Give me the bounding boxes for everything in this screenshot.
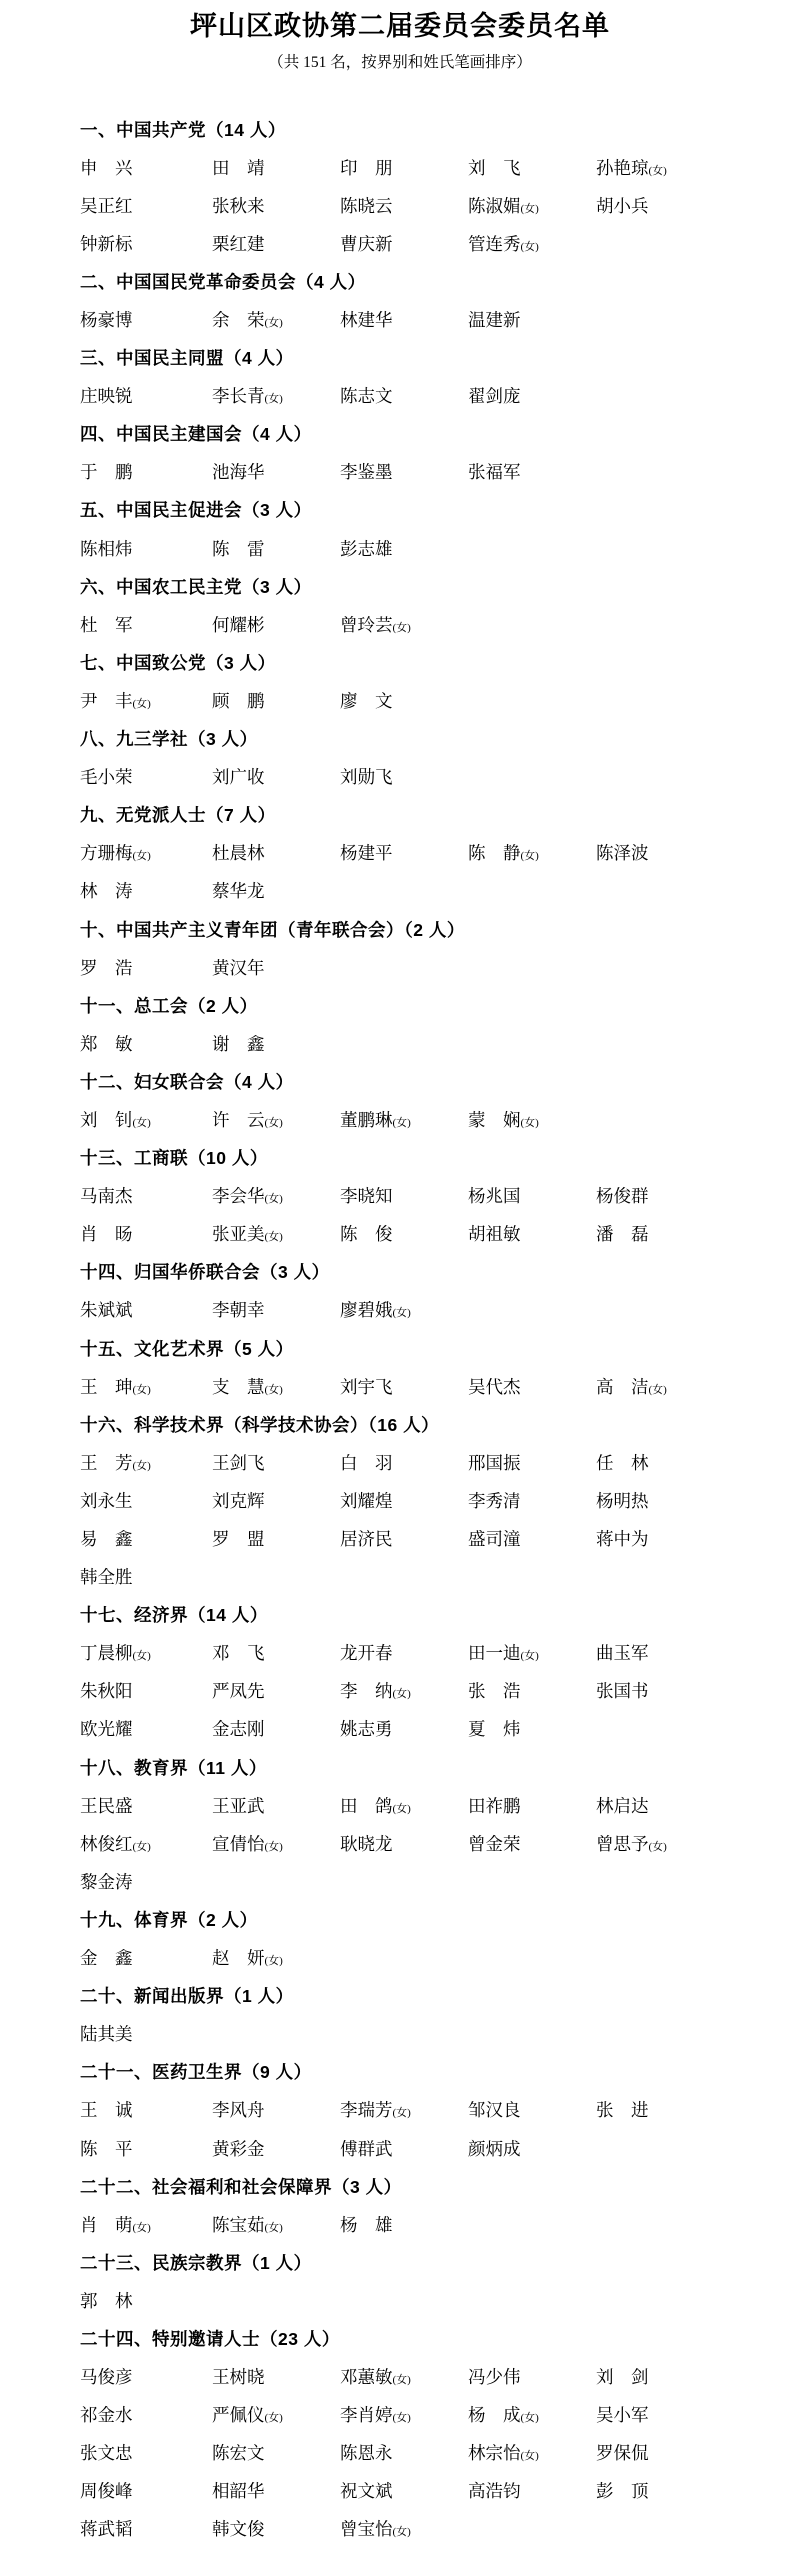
member-row: 王 芳(女)王剑飞白 羽邢国振任 林 — [80, 1443, 760, 1481]
member-list: 一、中国共产党（14 人）申 兴田 靖印 朋刘 飞孙艳琼(女)吴正红张秋来陈晓云… — [80, 110, 760, 2548]
member-name: 李肖婷(女) — [340, 2402, 468, 2427]
member-name: 余 荣(女) — [212, 307, 340, 332]
member-name: 田祚鹏 — [468, 1793, 596, 1818]
member-name: 颜炳成 — [468, 2136, 596, 2161]
member-name: 张文忠 — [80, 2440, 212, 2465]
female-marker: (女) — [265, 1955, 283, 1967]
member-name: 刘宇飞 — [340, 1374, 468, 1399]
member-name: 杜 军 — [80, 612, 212, 637]
member-name: 王树晓 — [212, 2364, 340, 2389]
member-row: 金 鑫赵 妍(女) — [80, 1939, 760, 1977]
member-name: 林建华 — [340, 307, 468, 332]
member-name: 周俊峰 — [80, 2478, 212, 2503]
female-marker: (女) — [265, 1231, 283, 1243]
female-marker: (女) — [265, 1384, 283, 1396]
female-marker: (女) — [393, 1803, 411, 1815]
member-name: 胡祖敏 — [468, 1221, 596, 1246]
member-name: 杨 成(女) — [468, 2402, 596, 2427]
member-name: 姚志勇 — [340, 1716, 468, 1741]
member-name: 张国书 — [596, 1678, 760, 1703]
member-name: 曾玲芸(女) — [340, 612, 468, 637]
member-name: 彭 顶 — [596, 2478, 760, 2503]
female-marker: (女) — [521, 2412, 539, 2424]
member-name: 陈 俊 — [340, 1221, 468, 1246]
member-name: 罗 盟 — [212, 1526, 340, 1551]
member-name: 李 纳(女) — [340, 1678, 468, 1703]
section-heading: 八、九三学社（3 人） — [80, 720, 760, 758]
female-marker: (女) — [133, 1650, 151, 1662]
member-name: 吴正红 — [80, 193, 212, 218]
member-name: 杜晨林 — [212, 840, 340, 865]
member-name: 印 朋 — [340, 155, 468, 180]
member-row: 王 珅(女)支 慧(女)刘宇飞吴代杰高 洁(女) — [80, 1367, 760, 1405]
member-name: 易 鑫 — [80, 1526, 212, 1551]
member-name: 温建新 — [468, 307, 596, 332]
member-name: 王 芳(女) — [80, 1450, 212, 1475]
female-marker: (女) — [265, 393, 283, 405]
member-name: 杨豪博 — [80, 307, 212, 332]
member-name: 朱斌斌 — [80, 1297, 212, 1322]
female-marker: (女) — [521, 850, 539, 862]
member-name: 陈宝茹(女) — [212, 2212, 340, 2237]
female-marker: (女) — [265, 1117, 283, 1129]
member-row: 陈相炜陈 雷彭志雄 — [80, 529, 760, 567]
member-name: 杨建平 — [340, 840, 468, 865]
member-name: 林启达 — [596, 1793, 760, 1818]
member-name: 肖 旸 — [80, 1221, 212, 1246]
page-title: 坪山区政协第二届委员会委员名单 — [0, 8, 800, 44]
member-name: 池海华 — [212, 459, 340, 484]
member-name: 王剑飞 — [212, 1450, 340, 1475]
member-name: 陈淑媚(女) — [468, 193, 596, 218]
member-name: 冯少伟 — [468, 2364, 596, 2389]
female-marker: (女) — [265, 2412, 283, 2424]
member-row: 王 诚李风舟李瑞芳(女)邹汉良张 进 — [80, 2091, 760, 2129]
section-heading: 二十一、医药卫生界（9 人） — [80, 2053, 760, 2091]
female-marker: (女) — [133, 1384, 151, 1396]
member-name: 黄汉年 — [212, 955, 340, 980]
member-name: 白 羽 — [340, 1450, 468, 1475]
member-name: 黄彩金 — [212, 2136, 340, 2161]
member-name: 刘克辉 — [212, 1488, 340, 1513]
member-row: 申 兴田 靖印 朋刘 飞孙艳琼(女) — [80, 148, 760, 186]
member-name: 陆其美 — [80, 2021, 212, 2046]
member-name: 林 涛 — [80, 878, 212, 903]
member-name: 刘 钊(女) — [80, 1107, 212, 1132]
member-name: 蒋武韬 — [80, 2516, 212, 2541]
section-heading: 三、中国民主同盟（4 人） — [80, 339, 760, 377]
member-name: 张 进 — [596, 2097, 760, 2122]
member-name: 李鉴墨 — [340, 459, 468, 484]
member-name: 李风舟 — [212, 2097, 340, 2122]
member-name: 廖 文 — [340, 688, 468, 713]
member-name: 罗保侃 — [596, 2440, 760, 2465]
member-row: 尹 丰(女)顾 鹏廖 文 — [80, 681, 760, 719]
member-name: 任 林 — [596, 1450, 760, 1475]
member-name: 陈 平 — [80, 2136, 212, 2161]
female-marker: (女) — [265, 2222, 283, 2234]
member-name: 祝文斌 — [340, 2478, 468, 2503]
section-heading: 十三、工商联（10 人） — [80, 1139, 760, 1177]
member-name: 胡小兵 — [596, 193, 760, 218]
female-marker: (女) — [393, 2412, 411, 2424]
member-row: 马南杰李会华(女)李晓知杨兆国杨俊群 — [80, 1177, 760, 1215]
member-name: 赵 妍(女) — [212, 1945, 340, 1970]
member-name: 陈泽波 — [596, 840, 760, 865]
section-heading: 九、无党派人士（7 人） — [80, 796, 760, 834]
member-name: 金 鑫 — [80, 1945, 212, 1970]
member-name: 陈相炜 — [80, 536, 212, 561]
member-row: 周俊峰相韶华祝文斌高浩钧彭 顶 — [80, 2472, 760, 2510]
member-row: 张文忠陈宏文陈恩永林宗怡(女)罗保侃 — [80, 2434, 760, 2472]
female-marker: (女) — [393, 2107, 411, 2119]
member-name: 田 鸽(女) — [340, 1793, 468, 1818]
member-row: 欧光耀金志刚姚志勇夏 炜 — [80, 1710, 760, 1748]
section-heading: 十九、体育界（2 人） — [80, 1900, 760, 1938]
member-name: 顾 鹏 — [212, 688, 340, 713]
member-name: 方珊梅(女) — [80, 840, 212, 865]
member-name: 李晓知 — [340, 1183, 468, 1208]
section-heading: 七、中国致公党（3 人） — [80, 643, 760, 681]
member-row: 易 鑫罗 盟居济民盛司潼蒋中为 — [80, 1519, 760, 1557]
member-name: 严凤先 — [212, 1678, 340, 1703]
member-name: 钟新标 — [80, 231, 212, 256]
female-marker: (女) — [393, 622, 411, 634]
member-row: 祁金水严佩仪(女)李肖婷(女)杨 成(女)吴小军 — [80, 2396, 760, 2434]
member-name: 李朝幸 — [212, 1297, 340, 1322]
member-name: 庄映锐 — [80, 383, 212, 408]
female-marker: (女) — [133, 850, 151, 862]
member-row: 郑 敏谢 鑫 — [80, 1024, 760, 1062]
female-marker: (女) — [393, 1688, 411, 1700]
female-marker: (女) — [649, 1841, 667, 1853]
member-name: 马南杰 — [80, 1183, 212, 1208]
member-row: 朱秋阳严凤先李 纳(女)张 浩张国书 — [80, 1672, 760, 1710]
member-name: 张福军 — [468, 459, 596, 484]
member-row: 刘 钊(女)许 云(女)董鹏琳(女)蒙 娴(女) — [80, 1100, 760, 1138]
member-name: 韩全胜 — [80, 1564, 212, 1589]
member-name: 田 靖 — [212, 155, 340, 180]
member-name: 李瑞芳(女) — [340, 2097, 468, 2122]
female-marker: (女) — [265, 317, 283, 329]
member-name: 盛司潼 — [468, 1526, 596, 1551]
member-name: 相韶华 — [212, 2478, 340, 2503]
female-marker: (女) — [133, 1841, 151, 1853]
member-name: 居济民 — [340, 1526, 468, 1551]
member-name: 蒋中为 — [596, 1526, 760, 1551]
female-marker: (女) — [521, 1650, 539, 1662]
member-row: 杜 军何耀彬曾玲芸(女) — [80, 605, 760, 643]
member-name: 王 珅(女) — [80, 1374, 212, 1399]
section-heading: 十六、科学技术界（科学技术协会）（16 人） — [80, 1405, 760, 1443]
member-row: 罗 浩黄汉年 — [80, 948, 760, 986]
member-name: 王民盛 — [80, 1793, 212, 1818]
member-name: 欧光耀 — [80, 1716, 212, 1741]
member-name: 毛小荣 — [80, 764, 212, 789]
female-marker: (女) — [393, 1307, 411, 1319]
section-heading: 六、中国农工民主党（3 人） — [80, 567, 760, 605]
member-name: 尹 丰(女) — [80, 688, 212, 713]
member-row: 王民盛王亚武田 鸽(女)田祚鹏林启达 — [80, 1786, 760, 1824]
member-row: 刘永生刘克辉刘耀煌李秀清杨明热 — [80, 1481, 760, 1519]
member-name: 祁金水 — [80, 2402, 212, 2427]
section-heading: 二、中国国民党革命委员会（4 人） — [80, 262, 760, 300]
page-subtitle: （共 151 名，按界别和姓氏笔画排序） — [0, 52, 800, 74]
member-name: 邹汉良 — [468, 2097, 596, 2122]
member-name: 曾金荣 — [468, 1831, 596, 1856]
member-name: 马俊彦 — [80, 2364, 212, 2389]
member-row: 肖 萌(女)陈宝茹(女)杨 雄 — [80, 2205, 760, 2243]
female-marker: (女) — [649, 1384, 667, 1396]
member-name: 邓蕙敏(女) — [340, 2364, 468, 2389]
member-name: 管连秀(女) — [468, 231, 596, 256]
female-marker: (女) — [393, 2526, 411, 2538]
member-name: 林俊红(女) — [80, 1831, 212, 1856]
section-heading: 二十二、社会福利和社会保障界（3 人） — [80, 2167, 760, 2205]
section-heading: 四、中国民主建国会（4 人） — [80, 415, 760, 453]
member-name: 杨 雄 — [340, 2212, 468, 2237]
section-heading: 十二、妇女联合会（4 人） — [80, 1062, 760, 1100]
member-name: 张 浩 — [468, 1678, 596, 1703]
member-row: 陈 平黄彩金傅群武颜炳成 — [80, 2129, 760, 2167]
member-name: 林宗怡(女) — [468, 2440, 596, 2465]
section-heading: 十一、总工会（2 人） — [80, 986, 760, 1024]
female-marker: (女) — [521, 2450, 539, 2462]
member-name: 刘 飞 — [468, 155, 596, 180]
member-row: 毛小荣刘广收刘勋飞 — [80, 758, 760, 796]
member-name: 陈 雷 — [212, 536, 340, 561]
member-name: 蔡华龙 — [212, 878, 340, 903]
member-name: 李长青(女) — [212, 383, 340, 408]
female-marker: (女) — [649, 165, 667, 177]
female-marker: (女) — [393, 1117, 411, 1129]
member-name: 杨明热 — [596, 1488, 760, 1513]
member-name: 夏 炜 — [468, 1716, 596, 1741]
female-marker: (女) — [521, 1117, 539, 1129]
section-heading: 十七、经济界（14 人） — [80, 1596, 760, 1634]
member-name: 郭 林 — [80, 2288, 212, 2313]
member-name: 刘勋飞 — [340, 764, 468, 789]
member-name: 陈恩永 — [340, 2440, 468, 2465]
member-row: 林 涛蔡华龙 — [80, 872, 760, 910]
member-name: 董鹏琳(女) — [340, 1107, 468, 1132]
member-name: 韩文俊 — [212, 2516, 340, 2541]
member-row: 于 鹏池海华李鉴墨张福军 — [80, 453, 760, 491]
member-row: 钟新标栗红建曹庆新管连秀(女) — [80, 224, 760, 262]
member-row: 陆其美 — [80, 2015, 760, 2053]
member-name: 杨俊群 — [596, 1183, 760, 1208]
member-name: 潘 磊 — [596, 1221, 760, 1246]
member-row: 肖 旸张亚美(女)陈 俊胡祖敏潘 磊 — [80, 1215, 760, 1253]
member-name: 宣倩怡(女) — [212, 1831, 340, 1856]
member-name: 许 云(女) — [212, 1107, 340, 1132]
member-row: 方珊梅(女)杜晨林杨建平陈 静(女)陈泽波 — [80, 834, 760, 872]
member-name: 陈晓云 — [340, 193, 468, 218]
female-marker: (女) — [521, 203, 539, 215]
section-heading: 十八、教育界（11 人） — [80, 1748, 760, 1786]
section-heading: 二十三、民族宗教界（1 人） — [80, 2243, 760, 2281]
member-name: 郑 敏 — [80, 1031, 212, 1056]
section-heading: 十五、文化艺术界（5 人） — [80, 1329, 760, 1367]
section-heading: 十、中国共产主义青年团（青年联合会）（2 人） — [80, 910, 760, 948]
member-name: 高 洁(女) — [596, 1374, 760, 1399]
section-heading: 二十四、特别邀请人士（23 人） — [80, 2319, 760, 2357]
member-name: 耿晓龙 — [340, 1831, 468, 1856]
member-name: 于 鹏 — [80, 459, 212, 484]
member-name: 傅群武 — [340, 2136, 468, 2161]
member-name: 吴代杰 — [468, 1374, 596, 1399]
member-name: 翟剑庞 — [468, 383, 596, 408]
member-name: 严佩仪(女) — [212, 2402, 340, 2427]
member-row: 郭 林 — [80, 2281, 760, 2319]
member-name: 吴小军 — [596, 2402, 760, 2427]
member-name: 申 兴 — [80, 155, 212, 180]
member-name: 陈志文 — [340, 383, 468, 408]
member-name: 廖碧娥(女) — [340, 1297, 468, 1322]
member-name: 谢 鑫 — [212, 1031, 340, 1056]
member-name: 肖 萌(女) — [80, 2212, 212, 2237]
member-name: 金志刚 — [212, 1716, 340, 1741]
section-heading: 一、中国共产党（14 人） — [80, 110, 760, 148]
member-row: 林俊红(女)宣倩怡(女)耿晓龙曾金荣曾思予(女) — [80, 1824, 760, 1862]
member-name: 黎金涛 — [80, 1869, 212, 1894]
member-row: 蒋武韬韩文俊曾宝怡(女) — [80, 2510, 760, 2548]
member-name: 陈 静(女) — [468, 840, 596, 865]
female-marker: (女) — [133, 1460, 151, 1472]
member-name: 栗红建 — [212, 231, 340, 256]
member-name: 王 诚 — [80, 2097, 212, 2122]
female-marker: (女) — [133, 1117, 151, 1129]
member-name: 刘广收 — [212, 764, 340, 789]
member-name: 何耀彬 — [212, 612, 340, 637]
section-heading: 二十、新闻出版界（1 人） — [80, 1977, 760, 2015]
member-name: 龙开春 — [340, 1640, 468, 1665]
member-name: 王亚武 — [212, 1793, 340, 1818]
member-name: 曾宝怡(女) — [340, 2516, 468, 2541]
member-row: 庄映锐李长青(女)陈志文翟剑庞 — [80, 377, 760, 415]
female-marker: (女) — [265, 1193, 283, 1205]
member-name: 罗 浩 — [80, 955, 212, 980]
member-row: 杨豪博余 荣(女)林建华温建新 — [80, 300, 760, 338]
member-name: 丁晨柳(女) — [80, 1640, 212, 1665]
member-name: 刘耀煌 — [340, 1488, 468, 1513]
member-name: 邓 飞 — [212, 1640, 340, 1665]
member-name: 张秋来 — [212, 193, 340, 218]
member-name: 张亚美(女) — [212, 1221, 340, 1246]
section-heading: 十四、归国华侨联合会（3 人） — [80, 1253, 760, 1291]
member-row: 韩全胜 — [80, 1558, 760, 1596]
member-name: 刘 剑 — [596, 2364, 760, 2389]
female-marker: (女) — [393, 2374, 411, 2386]
female-marker: (女) — [133, 698, 151, 710]
female-marker: (女) — [133, 2222, 151, 2234]
member-name: 朱秋阳 — [80, 1678, 212, 1703]
member-name: 曾思予(女) — [596, 1831, 760, 1856]
section-heading: 五、中国民主促进会（3 人） — [80, 491, 760, 529]
member-name: 支 慧(女) — [212, 1374, 340, 1399]
document: 坪山区政协第二届委员会委员名单 （共 151 名，按界别和姓氏笔画排序） 一、中… — [0, 0, 800, 2548]
female-marker: (女) — [265, 1841, 283, 1853]
member-name: 高浩钧 — [468, 2478, 596, 2503]
member-name: 曹庆新 — [340, 231, 468, 256]
member-name: 曲玉军 — [596, 1640, 760, 1665]
member-name: 李秀清 — [468, 1488, 596, 1513]
member-name: 邢国振 — [468, 1450, 596, 1475]
female-marker: (女) — [521, 241, 539, 253]
member-name: 田一迪(女) — [468, 1640, 596, 1665]
member-row: 黎金涛 — [80, 1862, 760, 1900]
member-row: 吴正红张秋来陈晓云陈淑媚(女)胡小兵 — [80, 186, 760, 224]
member-name: 陈宏文 — [212, 2440, 340, 2465]
member-name: 李会华(女) — [212, 1183, 340, 1208]
member-name: 蒙 娴(女) — [468, 1107, 596, 1132]
member-name: 刘永生 — [80, 1488, 212, 1513]
member-name: 杨兆国 — [468, 1183, 596, 1208]
member-row: 丁晨柳(女)邓 飞龙开春田一迪(女)曲玉军 — [80, 1634, 760, 1672]
member-name: 孙艳琼(女) — [596, 155, 760, 180]
member-row: 朱斌斌李朝幸廖碧娥(女) — [80, 1291, 760, 1329]
member-name: 彭志雄 — [340, 536, 468, 561]
member-row: 马俊彦王树晓邓蕙敏(女)冯少伟刘 剑 — [80, 2358, 760, 2396]
